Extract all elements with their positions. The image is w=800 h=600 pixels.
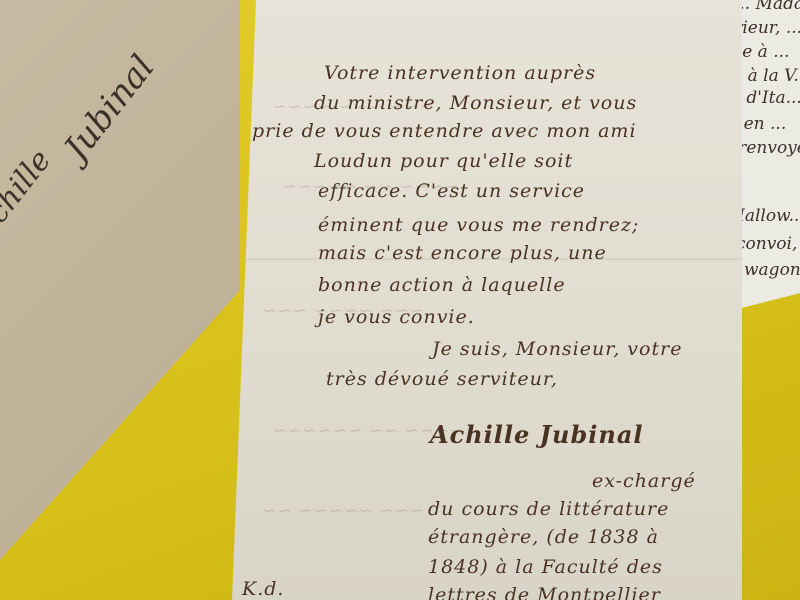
right-line: wagon... <box>744 260 800 280</box>
postscript-line: lettres de Montpellier <box>428 584 661 600</box>
right-line: ... Mada... <box>734 0 800 14</box>
letter-line: Loudun pour qu'elle soit <box>314 150 573 172</box>
letter-line: Je suis, Monsieur, votre <box>432 338 682 360</box>
letter-line: bonne action à laquelle <box>318 274 566 296</box>
postscript-line: ex-chargé <box>592 470 696 492</box>
postscript-line: 1848) à la Faculté des <box>428 556 663 578</box>
right-line: convoi, <box>736 234 797 254</box>
postscript-line: étrangère, (de 1838 à <box>428 526 659 548</box>
main-letter: ~~~ ~~~ ~~~~ ~~~~ ~~ ~~~~~ ~~~ ~~~~ ~~~ … <box>232 0 742 600</box>
letter-line: efficace. C'est un service <box>318 180 585 202</box>
envelope-address-first: Achille <box>0 143 58 247</box>
letter-line: prie de vous entendre avec mon ami <box>252 120 637 142</box>
letter-line: je vous convie. <box>318 306 475 328</box>
letter-line: du ministre, Monsieur, et vous <box>314 92 637 114</box>
postscript-line: du cours de littérature <box>428 498 669 520</box>
letter-line: éminent que vous me rendrez; <box>318 214 639 236</box>
letter-line: mais c'est encore plus, une <box>318 242 607 264</box>
signature: Achille Jubinal <box>430 420 643 449</box>
envelope-address-last: Jubinal <box>56 48 162 168</box>
margin-fragment: K.d. <box>242 578 284 600</box>
letter-line: Votre intervention auprès <box>324 62 596 84</box>
letter-line: très dévoué serviteur, <box>326 368 558 390</box>
